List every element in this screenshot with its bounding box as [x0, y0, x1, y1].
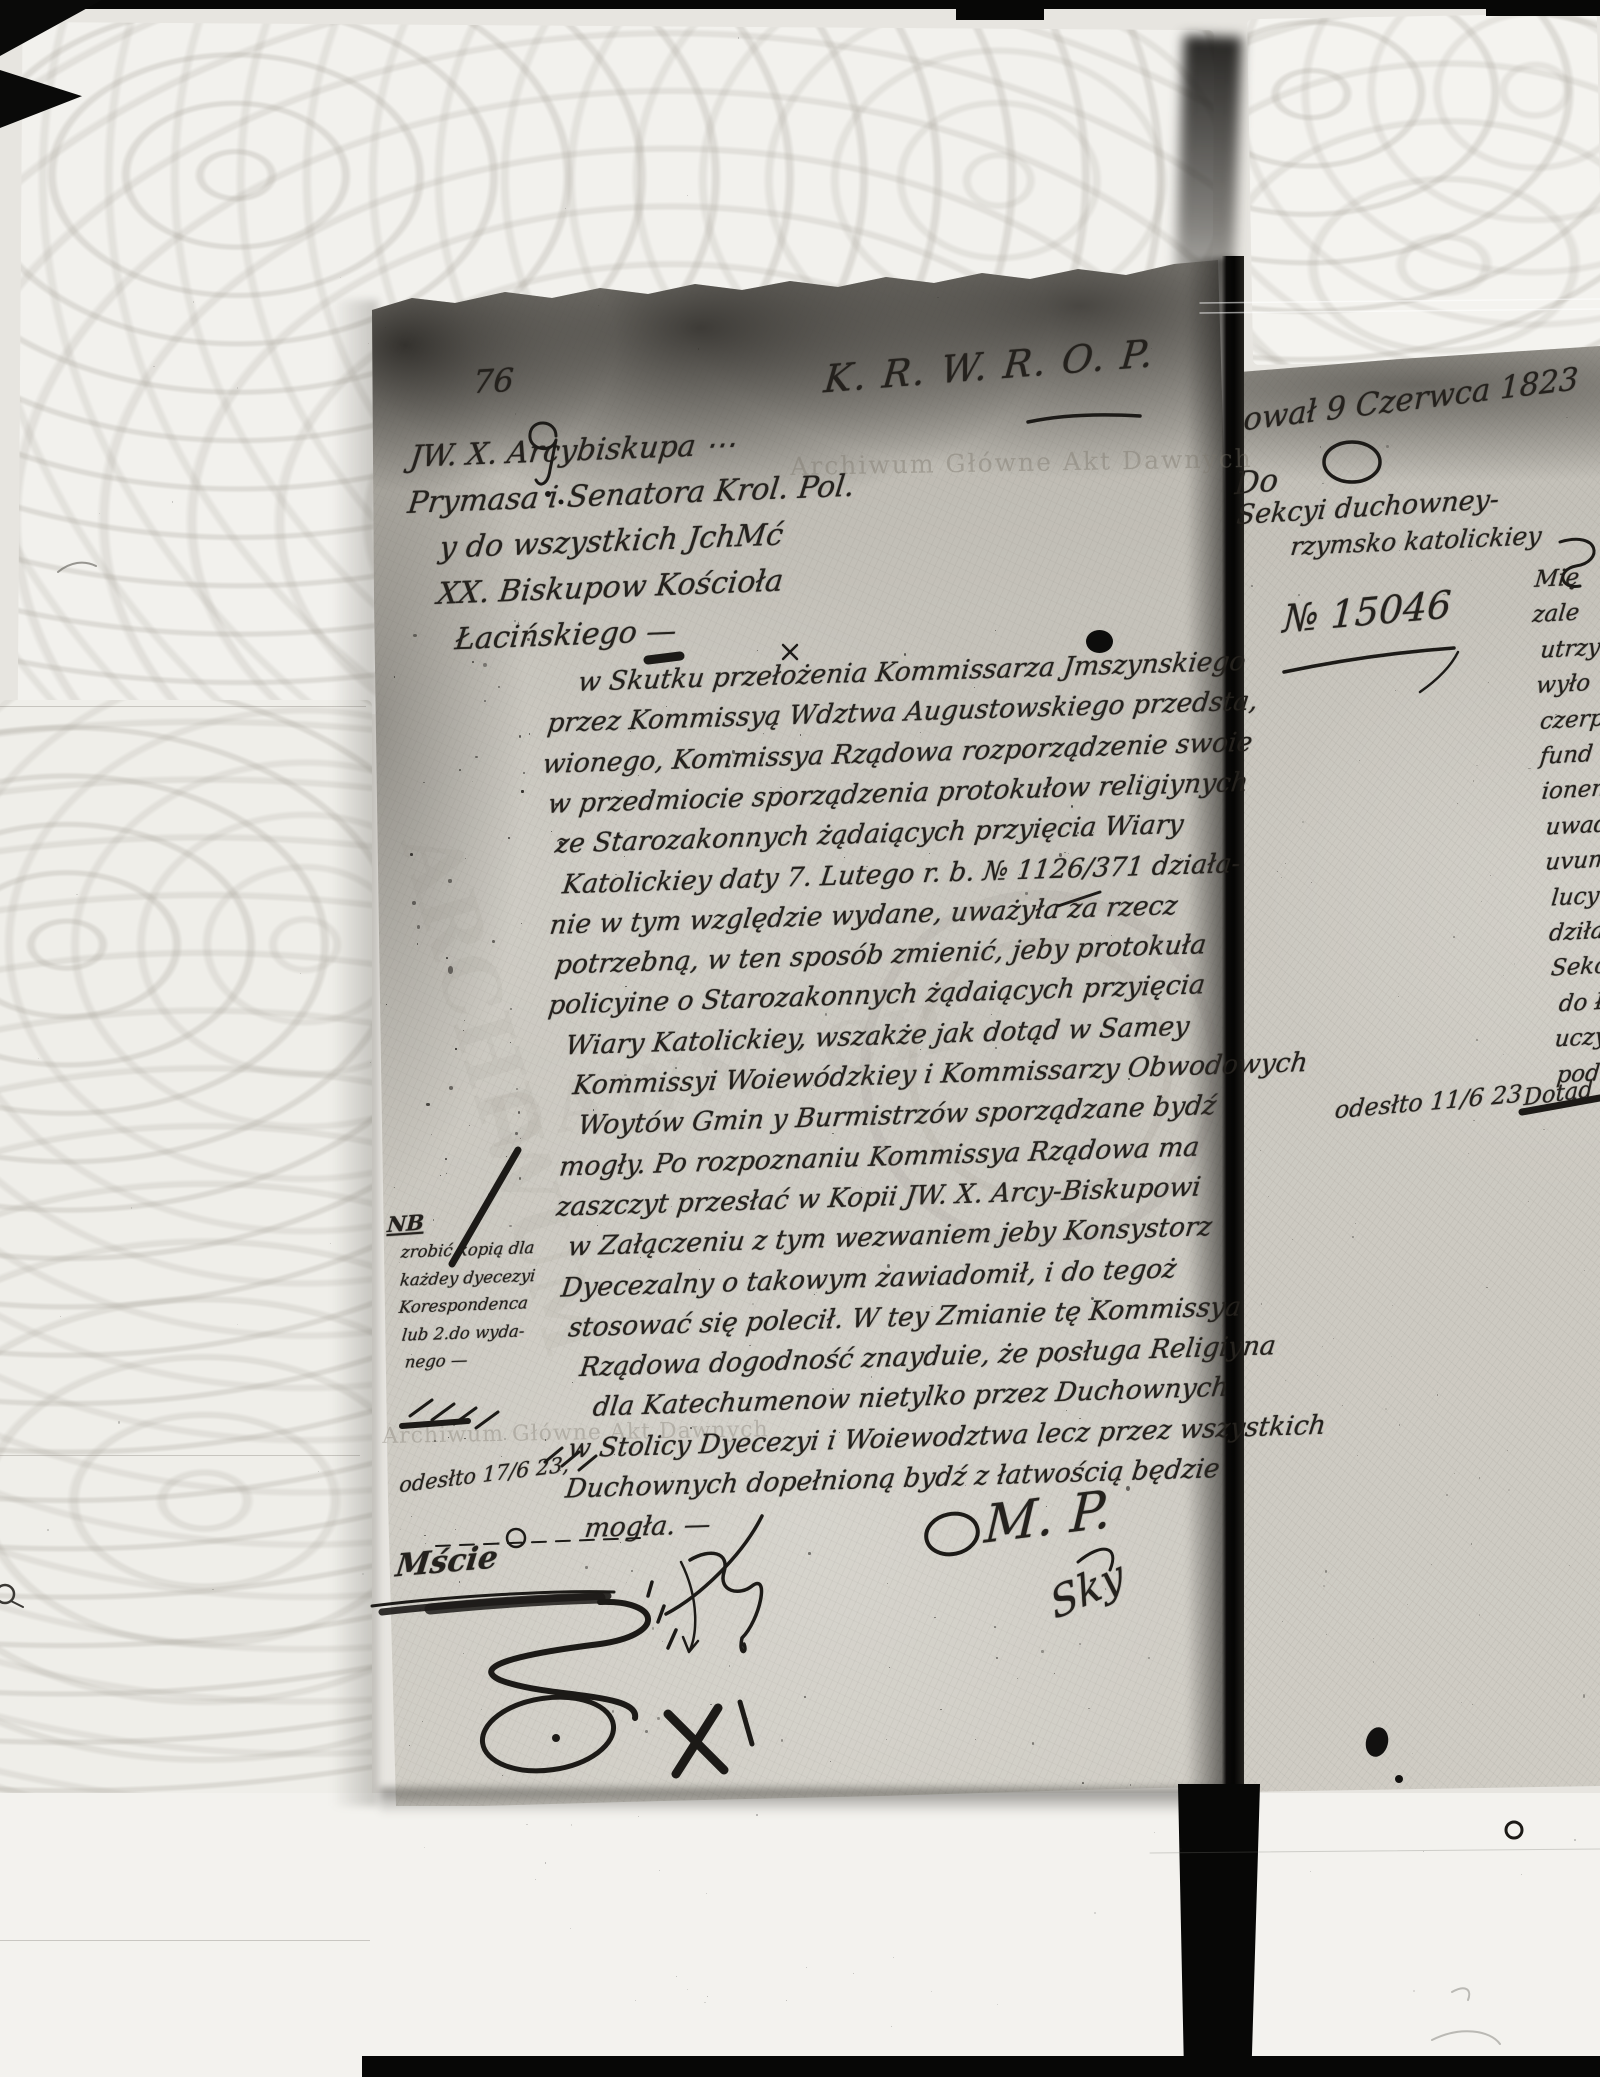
page-shadow: [380, 1788, 1240, 1814]
address-line: XX. Biskupow Kościoła: [435, 565, 784, 610]
backing-sheet-left: [0, 700, 372, 1812]
margin-note-line: każdey dyecezyi: [399, 1266, 536, 1288]
edge-fragment-line: Sekcy: [1550, 953, 1600, 981]
address-line: y do wszystkich JchMć: [438, 519, 785, 564]
backing-sheet-right: [1247, 13, 1600, 365]
microfilm-scan: Archiwum Główne Akt Dawnych Archiwum Głó…: [0, 0, 1600, 2077]
edge-fragment-line: lucy: [1550, 883, 1600, 910]
sheet-edge-line: [0, 706, 366, 707]
page-shadow: [332, 300, 378, 1806]
sheet-edge-line: [0, 1940, 370, 1941]
edge-fragment-line: zale: [1531, 601, 1580, 628]
edge-fragment-line: uvum: [1544, 847, 1600, 875]
film-edge-top: [0, 0, 1600, 9]
edge-fragment-line: uczy: [1554, 1025, 1600, 1052]
ink-hole-dot: [1086, 630, 1113, 653]
address-line: Prymasa i Senatora Krol. Pol.: [406, 471, 856, 520]
edge-fragment-line: ionen: [1541, 777, 1600, 805]
margin-note-line: lub 2.do wyda-: [401, 1322, 525, 1344]
edge-fragment-line: uwad: [1544, 812, 1600, 840]
film-edge-bottom: [362, 2056, 1600, 2077]
body-line: ze Starozakonnych żądaiących przyięcia W…: [554, 811, 1186, 859]
sheet-edge-line: [0, 1455, 360, 1456]
margin-note-line: nego —: [404, 1351, 468, 1371]
edge-fragment-line: utrzy: [1539, 635, 1600, 662]
recipient-line: Do: [1234, 464, 1280, 501]
page-number: 76: [472, 364, 514, 400]
body-line: Dyecezalny o takowym zawiadomił, i do te…: [559, 1255, 1178, 1302]
film-notch: [956, 0, 1044, 20]
margin-note-line: zrobić kopią dla: [400, 1239, 535, 1261]
body-block: w Skutku przełożenia Kommissarza Jmszyns…: [540, 648, 1258, 1569]
margin-note: zrobić kopią dlakażdey dyecezyiKorespond…: [392, 1238, 577, 1394]
address-block: JW. X. Arcybiskupa ⋯Prymasa i Senatora K…: [404, 424, 893, 682]
edge-fragment-line: dziła: [1548, 919, 1600, 946]
body-line: mogła. —: [583, 1511, 712, 1543]
margin-note-label: NB: [386, 1211, 424, 1236]
edge-fragment-line: do Ł: [1558, 989, 1600, 1016]
edge-fragment-line: Mię: [1533, 565, 1580, 592]
margin-note-line: Korespondenca: [398, 1294, 529, 1316]
edge-fragment-line: wyło: [1535, 671, 1591, 698]
film-gutter-bar: [1178, 1784, 1260, 2060]
backing-sheet-bottom: [0, 1793, 1600, 2077]
edge-fragment-line: czerp: [1539, 706, 1600, 734]
address-line: Łacińskiego —: [453, 616, 678, 656]
edge-fragment-line: fund: [1539, 742, 1594, 769]
body-line: Duchownych dopełnioną bydź z łatwością b…: [564, 1455, 1222, 1503]
film-notch: [1486, 0, 1600, 16]
